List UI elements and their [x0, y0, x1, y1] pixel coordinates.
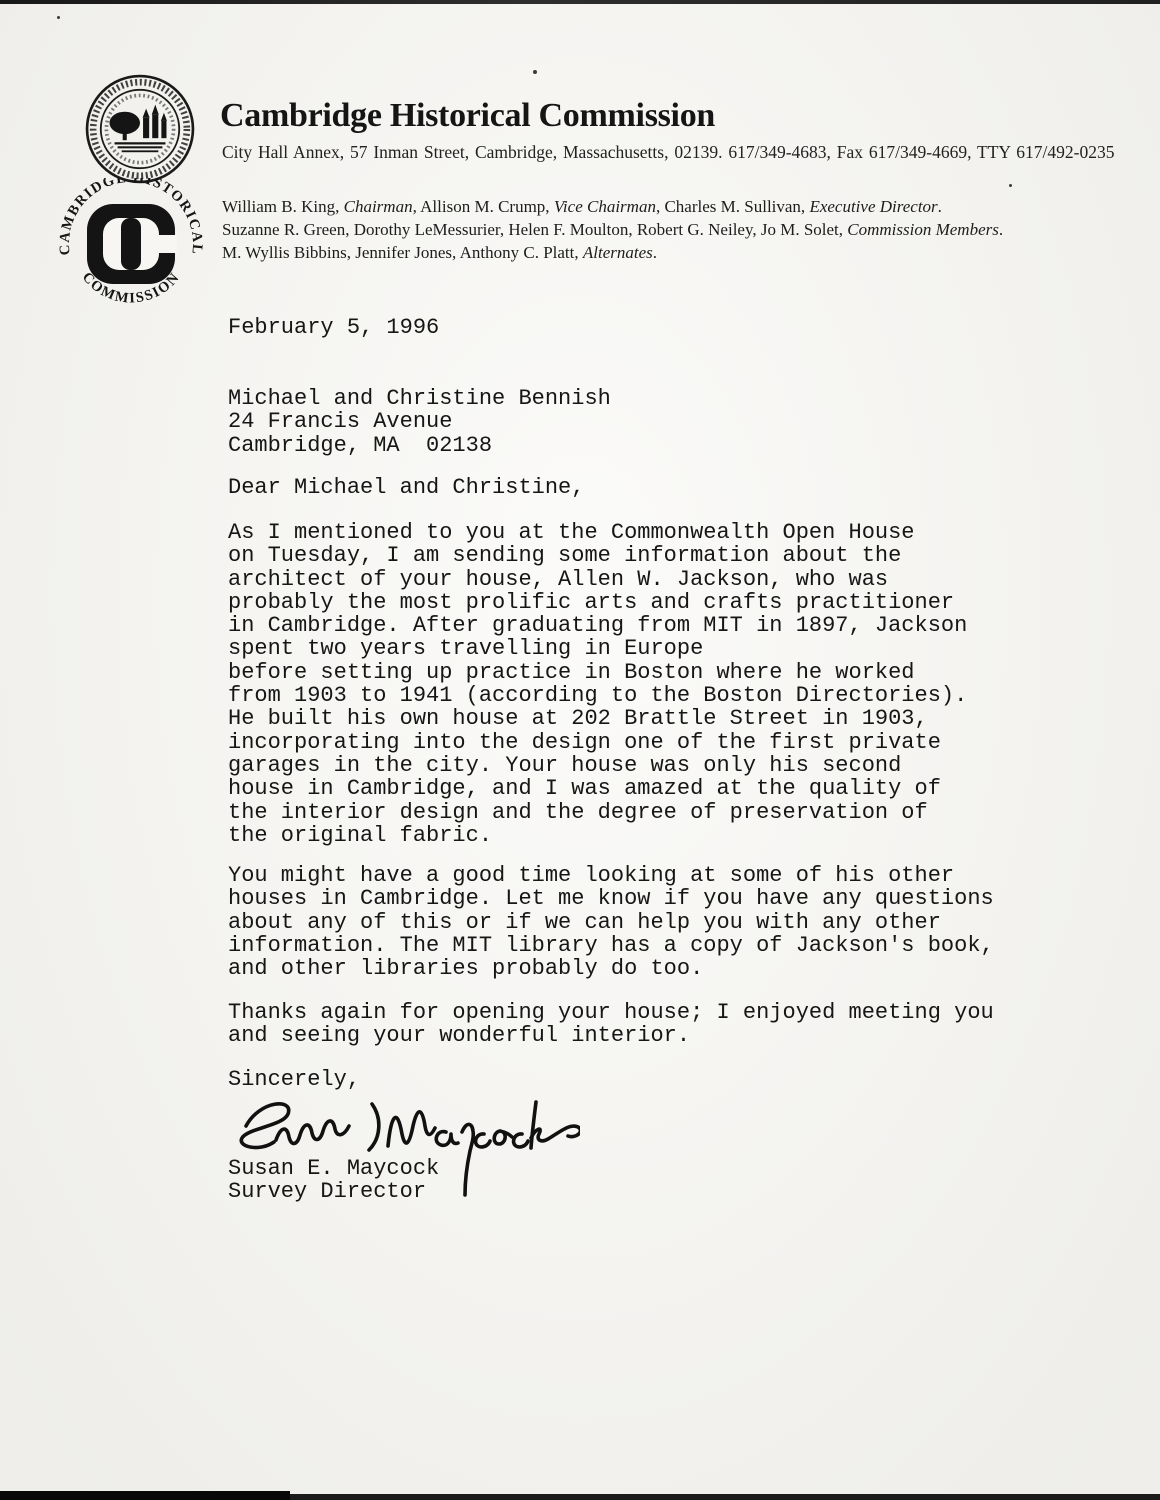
cambridge-seal-icon [84, 73, 196, 185]
body-paragraph-3: Thanks again for opening your house; I e… [228, 1001, 994, 1048]
salutation: Dear Michael and Christine, [228, 476, 584, 499]
signer-name: Susan E. Maycock [228, 1157, 439, 1180]
typed-signature: Susan E. Maycock Survey Director [228, 1157, 439, 1204]
letter-date: February 5, 1996 [228, 316, 439, 339]
officers-line-3: M. Wyllis Bibbins, Jennifer Jones, Antho… [222, 241, 1003, 264]
scan-edge-top [0, 0, 1160, 4]
org-address-line: City Hall Annex, 57 Inman Street, Cambri… [222, 142, 1114, 163]
org-name: Cambridge Historical Commission [220, 97, 715, 135]
scan-speck [57, 16, 60, 19]
scan-speck [533, 70, 537, 74]
body-paragraph-1: As I mentioned to you at the Commonwealt… [228, 521, 967, 847]
officers-line-1: William B. King, Chairman, Allison M. Cr… [222, 195, 1003, 218]
scan-speck [1009, 184, 1012, 187]
signer-title: Survey Director [228, 1180, 439, 1203]
recipient-address: Michael and Christine Bennish24 Francis … [228, 387, 611, 457]
body-paragraph-2: You might have a good time looking at so… [228, 864, 994, 980]
commission-logo-icon: CAMBRIDGE HISTORICAL COMMISSION [56, 178, 206, 310]
officers-list: William B. King, Chairman, Allison M. Cr… [222, 195, 1003, 264]
officers-line-2: Suzanne R. Green, Dorothy LeMessurier, H… [222, 218, 1003, 241]
scanned-letter-page: Cambridge Historical Commission City Hal… [0, 0, 1160, 1500]
scan-edge-bottom-wedge [0, 1491, 290, 1500]
